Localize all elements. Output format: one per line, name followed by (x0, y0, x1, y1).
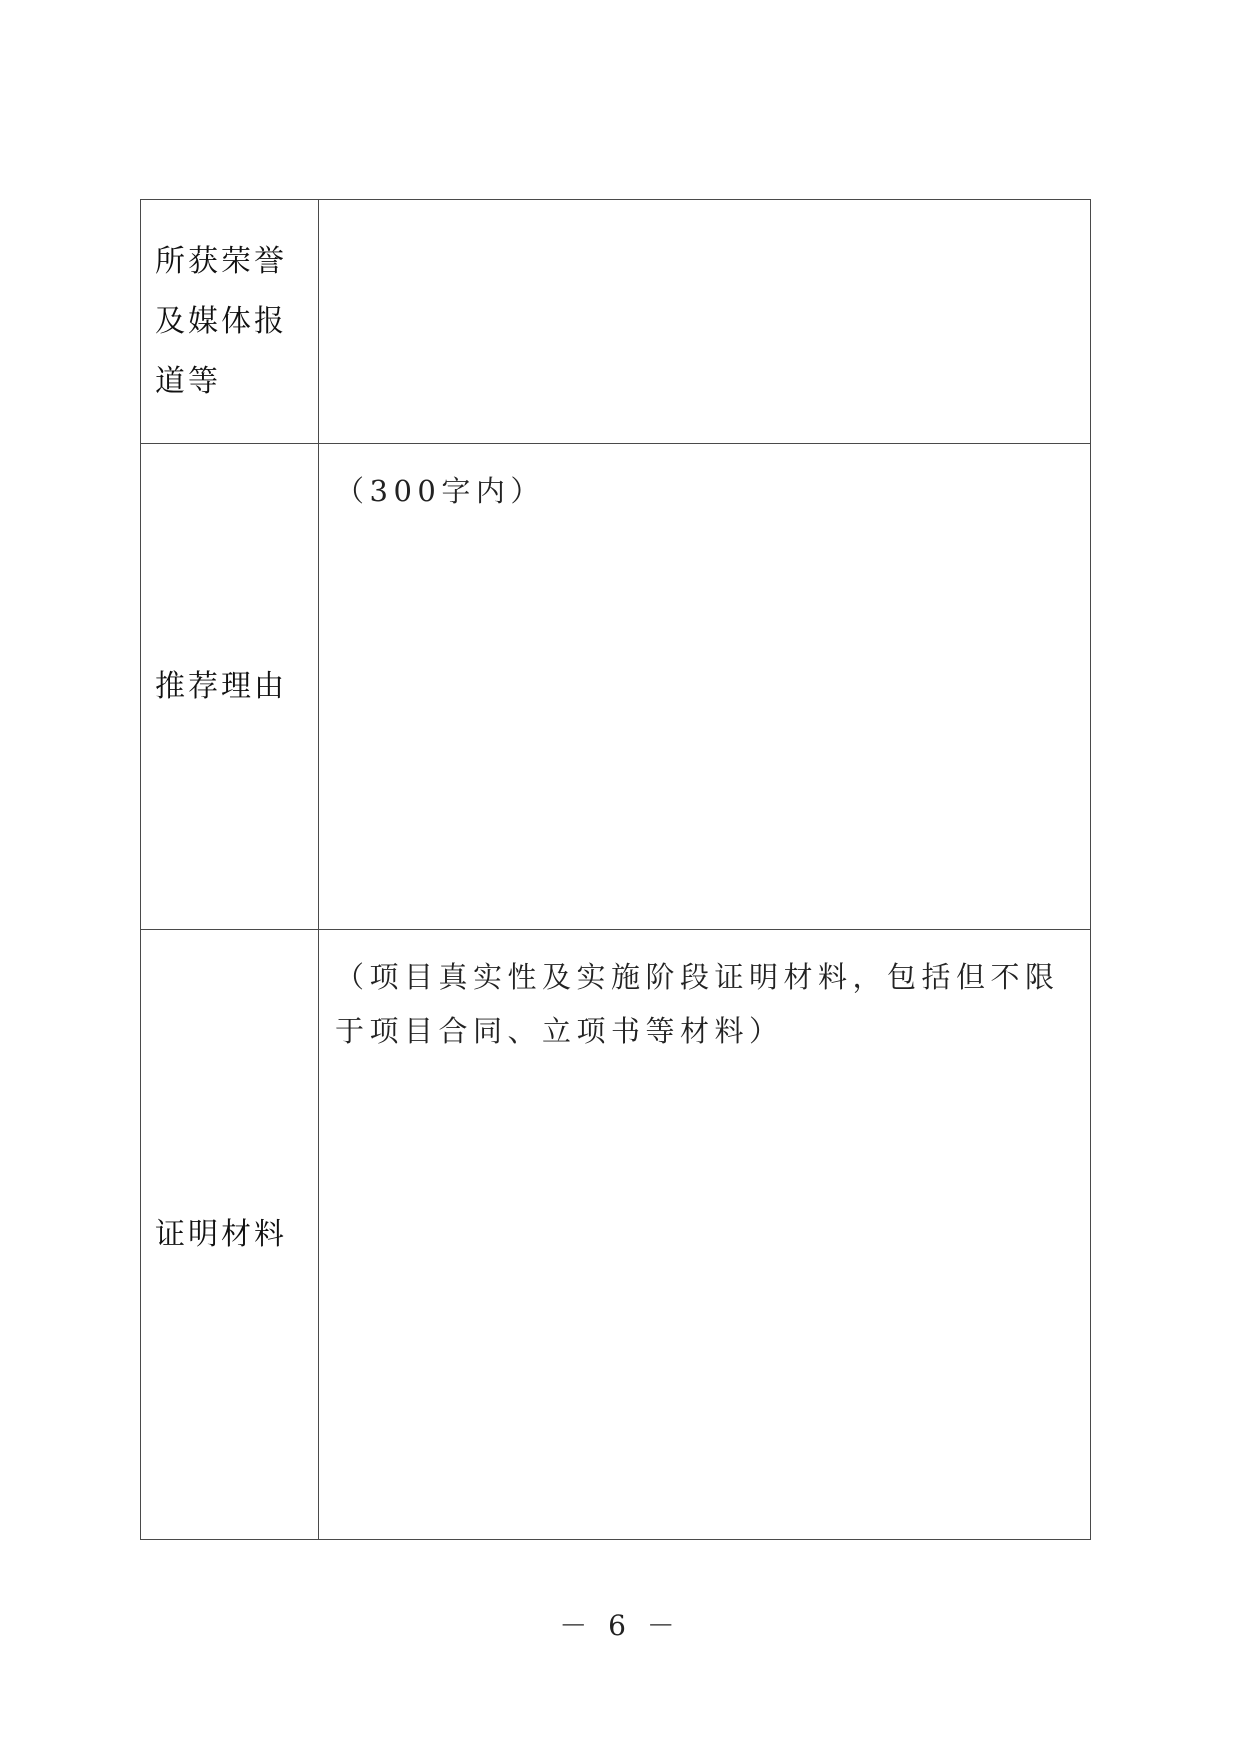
content-cell-supporting-materials[interactable]: （项目真实性及实施阶段证明材料，包括但不限于项目合同、立项书等材料） (319, 930, 1091, 1540)
table-row-recommendation-reason: 推荐理由 （300字内） (141, 444, 1091, 930)
row-label: 所获荣誉 及媒体报 道等 (155, 232, 318, 412)
table-row-honors: 所获荣誉 及媒体报 道等 (141, 200, 1091, 444)
content-cell-honors[interactable] (319, 200, 1091, 444)
row-label: 推荐理由 (155, 657, 318, 717)
label-cell-honors: 所获荣誉 及媒体报 道等 (141, 200, 319, 444)
row-label: 证明材料 (155, 1205, 318, 1265)
hint-text: （300字内） (335, 464, 1076, 518)
table-row-supporting-materials: 证明材料 （项目真实性及实施阶段证明材料，包括但不限于项目合同、立项书等材料） (141, 930, 1091, 1540)
page-number: － 6 － (0, 1604, 1240, 1644)
hint-text: （项目真实性及实施阶段证明材料，包括但不限于项目合同、立项书等材料） (335, 950, 1076, 1058)
label-cell-recommendation-reason: 推荐理由 (141, 444, 319, 930)
content-cell-recommendation-reason[interactable]: （300字内） (319, 444, 1091, 930)
label-cell-supporting-materials: 证明材料 (141, 930, 319, 1540)
application-form-table: 所获荣誉 及媒体报 道等 推荐理由 （300字内） 证明材料 （项目真实性及实施… (140, 199, 1091, 1540)
